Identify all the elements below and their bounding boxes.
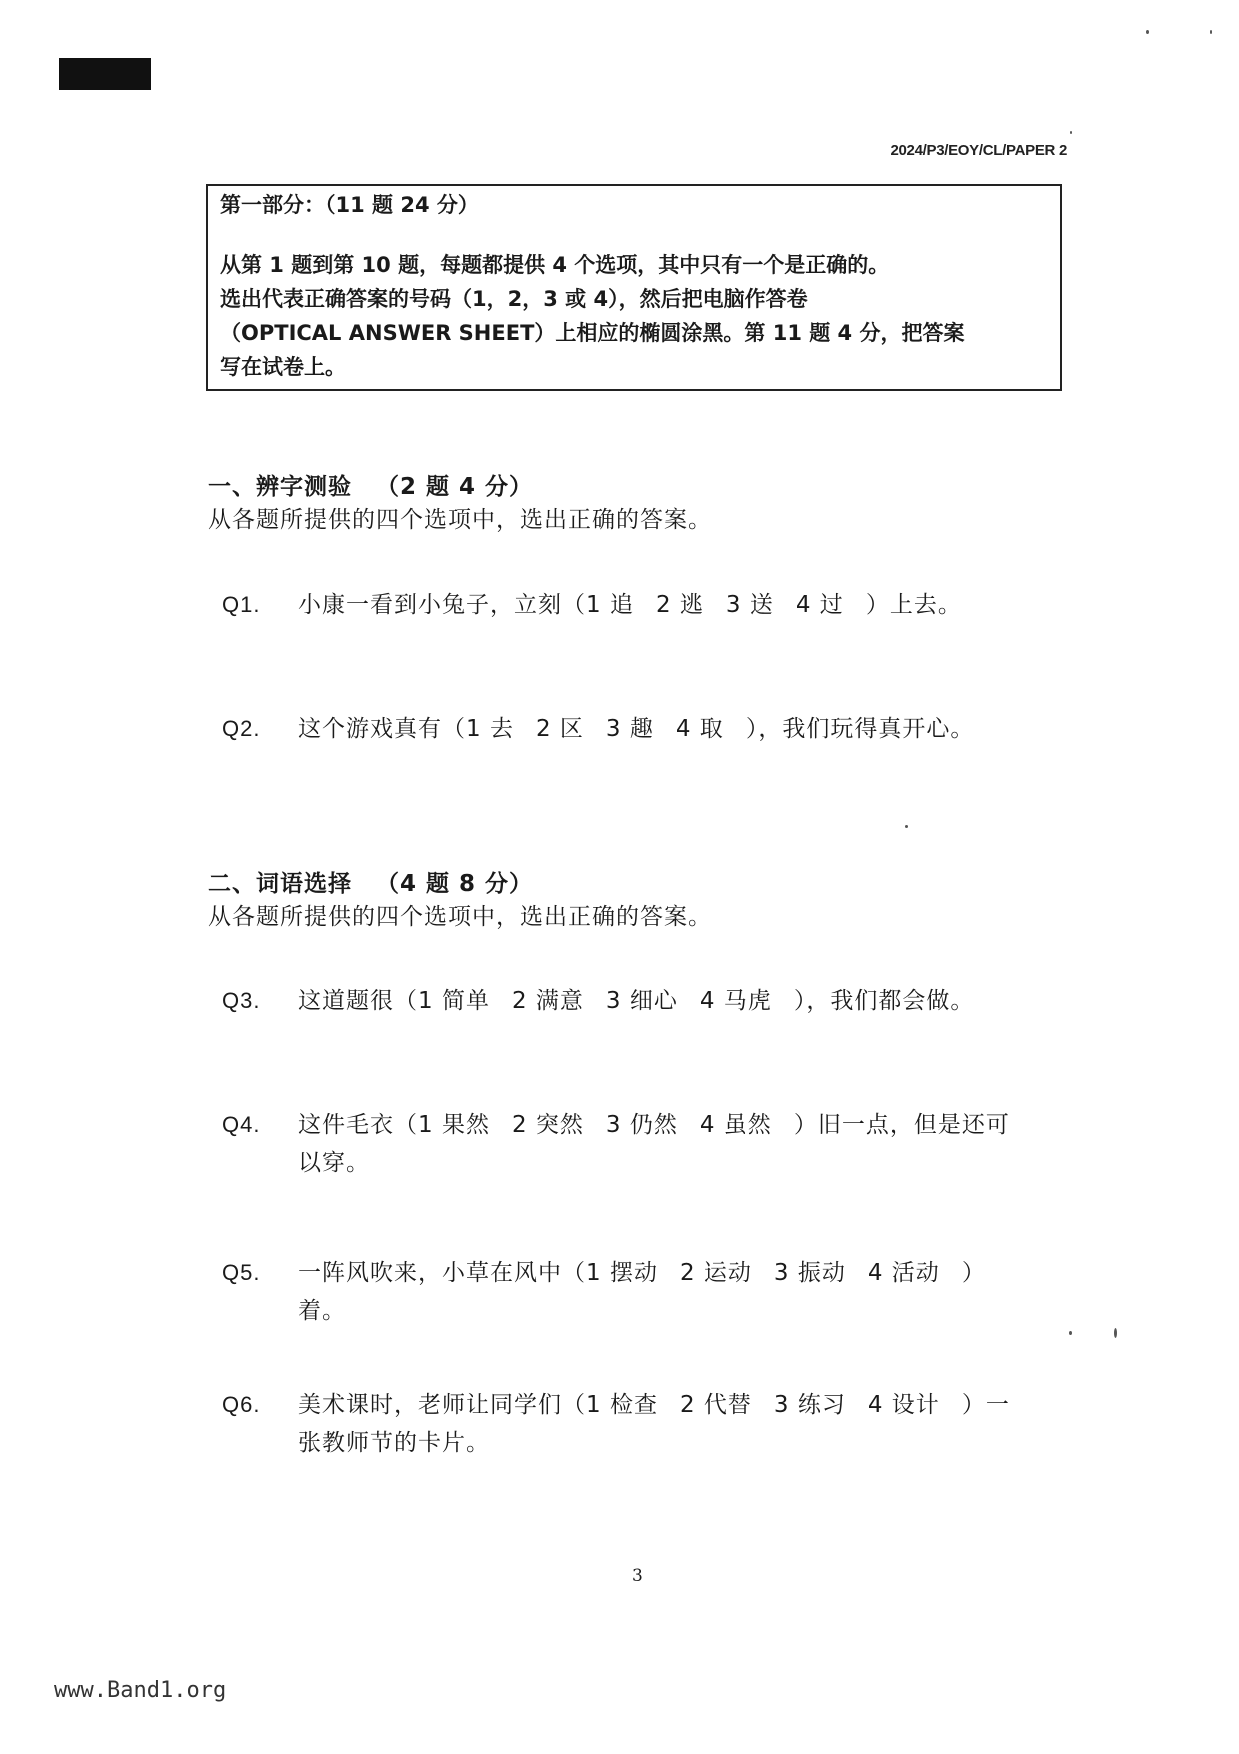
instruction-text: 从第 1 题到第 10 题，每题都提供 4 个选项，其中只有一个是正确的。 选出… xyxy=(220,248,1050,384)
option-2: 2 突然 xyxy=(512,1112,584,1138)
section-title-text: 二、词语选择 xyxy=(208,871,352,897)
option-2: 2 运动 xyxy=(680,1260,752,1286)
question-number: Q1. xyxy=(222,586,298,624)
question-stem: 一阵风吹来，小草在风中（ xyxy=(298,1260,586,1286)
option-1: 1 摆动 xyxy=(586,1260,658,1286)
instruction-line: 选出代表正确答案的号码（1，2，3 或 4），然后把电脑作答卷 xyxy=(220,282,1050,316)
option-1: 1 去 xyxy=(466,716,514,742)
section-title-text: 一、辨字测验 xyxy=(208,474,352,500)
option-1: 1 追 xyxy=(586,592,634,618)
option-3: 3 振动 xyxy=(774,1260,846,1286)
option-3: 3 趣 xyxy=(606,716,654,742)
option-4: 4 取 xyxy=(676,716,724,742)
question-number: Q4. xyxy=(222,1106,298,1182)
watermark: www.Band1.org xyxy=(54,1678,226,1703)
question-text: 一阵风吹来，小草在风中（1 摆动2 运动3 振动4 活动）着。 xyxy=(298,1254,1022,1330)
question-4: Q4. 这件毛衣（1 果然2 突然3 仍然4 虽然）旧一点，但是还可以穿。 xyxy=(222,1106,1022,1182)
question-tail: ），我们玩得真开心。 xyxy=(746,716,975,742)
question-text: 这道题很（1 简单2 满意3 细心4 马虎），我们都会做。 xyxy=(298,982,1022,1020)
instruction-box: 第一部分：（11 题 24 分） 从第 1 题到第 10 题，每题都提供 4 个… xyxy=(206,184,1062,391)
option-4: 4 过 xyxy=(796,592,844,618)
question-stem: 这个游戏真有（ xyxy=(298,716,466,742)
instruction-line: 写在试卷上。 xyxy=(220,350,1050,384)
scan-speck xyxy=(1069,1331,1072,1335)
instruction-line: （OPTICAL ANSWER SHEET）上相应的椭圆涂黑。第 11 题 4 … xyxy=(220,316,1050,350)
question-5: Q5. 一阵风吹来，小草在风中（1 摆动2 运动3 振动4 活动）着。 xyxy=(222,1254,1022,1330)
option-3: 3 仍然 xyxy=(606,1112,678,1138)
question-stem: 这件毛衣（ xyxy=(298,1112,418,1138)
question-number: Q6. xyxy=(222,1386,298,1462)
option-1: 1 果然 xyxy=(418,1112,490,1138)
instruction-line: 从第 1 题到第 10 题，每题都提供 4 个选项，其中只有一个是正确的。 xyxy=(220,248,1050,282)
option-2: 2 代替 xyxy=(680,1392,752,1418)
redacted-block xyxy=(59,58,151,90)
section-instruction: 从各题所提供的四个选项中，选出正确的答案。 xyxy=(208,900,1028,934)
scan-speck xyxy=(1210,30,1212,34)
scan-speck xyxy=(1070,131,1072,134)
option-3: 3 练习 xyxy=(774,1392,846,1418)
section-title: 二、词语选择（4 题 8 分） xyxy=(208,868,1028,900)
option-4: 4 活动 xyxy=(868,1260,940,1286)
question-stem: 小康一看到小兔子，立刻（ xyxy=(298,592,586,618)
option-2: 2 逃 xyxy=(656,592,704,618)
question-6: Q6. 美术课时，老师让同学们（1 检查2 代替3 练习4 设计）一张教师节的卡… xyxy=(222,1386,1022,1462)
option-4: 4 设计 xyxy=(868,1392,940,1418)
option-1: 1 简单 xyxy=(418,988,490,1014)
section-points: （4 题 8 分） xyxy=(376,871,533,897)
option-3: 3 细心 xyxy=(606,988,678,1014)
question-text: 这件毛衣（1 果然2 突然3 仍然4 虽然）旧一点，但是还可以穿。 xyxy=(298,1106,1022,1182)
option-1: 1 检查 xyxy=(586,1392,658,1418)
question-3: Q3. 这道题很（1 简单2 满意3 细心4 马虎），我们都会做。 xyxy=(222,982,1022,1020)
scan-speck xyxy=(1114,1328,1117,1338)
question-tail: ）上去。 xyxy=(866,592,962,618)
section-word-recognition: 一、辨字测验（2 题 4 分） 从各题所提供的四个选项中，选出正确的答案。 xyxy=(208,471,1028,537)
option-3: 3 送 xyxy=(726,592,774,618)
scan-speck xyxy=(905,825,908,828)
question-text: 美术课时，老师让同学们（1 检查2 代替3 练习4 设计）一张教师节的卡片。 xyxy=(298,1386,1022,1462)
part-title: 第一部分：（11 题 24 分） xyxy=(220,190,1050,220)
question-1: Q1. 小康一看到小兔子，立刻（1 追2 逃3 送4 过）上去。 xyxy=(222,586,1022,624)
section-instruction: 从各题所提供的四个选项中，选出正确的答案。 xyxy=(208,503,1028,537)
question-number: Q5. xyxy=(222,1254,298,1330)
page-number: 3 xyxy=(632,1566,643,1586)
scan-speck xyxy=(1146,30,1149,34)
section-word-choice: 二、词语选择（4 题 8 分） 从各题所提供的四个选项中，选出正确的答案。 xyxy=(208,868,1028,934)
option-4: 4 马虎 xyxy=(700,988,772,1014)
option-2: 2 满意 xyxy=(512,988,584,1014)
question-tail: ），我们都会做。 xyxy=(794,988,975,1014)
question-number: Q2. xyxy=(222,710,298,748)
question-stem: 这道题很（ xyxy=(298,988,418,1014)
section-title: 一、辨字测验（2 题 4 分） xyxy=(208,471,1028,503)
option-2: 2 区 xyxy=(536,716,584,742)
question-stem: 美术课时，老师让同学们（ xyxy=(298,1392,586,1418)
question-number: Q3. xyxy=(222,982,298,1020)
question-2: Q2. 这个游戏真有（1 去2 区3 趣4 取），我们玩得真开心。 xyxy=(222,710,1022,748)
section-points: （2 题 4 分） xyxy=(376,474,533,500)
question-text: 这个游戏真有（1 去2 区3 趣4 取），我们玩得真开心。 xyxy=(298,710,1022,748)
option-4: 4 虽然 xyxy=(700,1112,772,1138)
question-text: 小康一看到小兔子，立刻（1 追2 逃3 送4 过）上去。 xyxy=(298,586,1022,624)
paper-code: 2024/P3/EOY/CL/PAPER 2 xyxy=(890,142,1067,159)
